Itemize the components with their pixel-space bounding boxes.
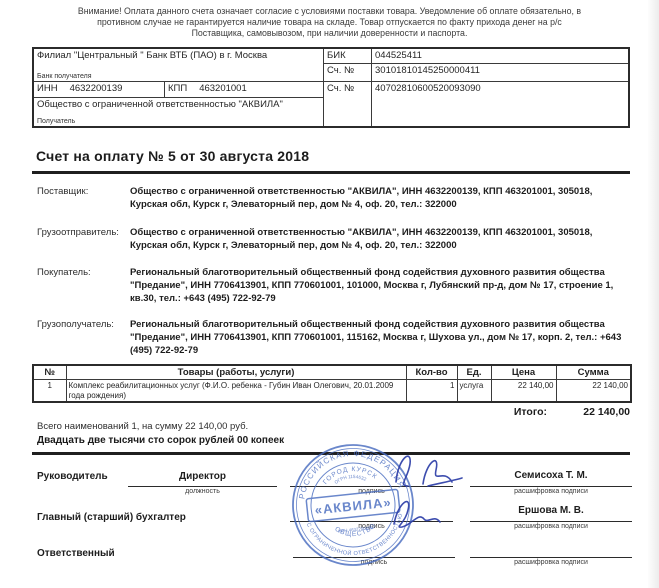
- name-caption-3: расшифровка подписи: [470, 559, 632, 566]
- director-signature-ink: [396, 456, 462, 486]
- corr-account-value-cell: 30101810145250000411: [372, 64, 628, 82]
- payment-notice: Внимание! Оплата данного счета означает …: [77, 6, 582, 39]
- bik-label: БИК: [324, 49, 371, 62]
- responsible-name-line: [470, 557, 632, 558]
- director-name: Семисоха Т. М.: [470, 470, 632, 481]
- consignor-label: Грузоотправитель:: [37, 226, 130, 252]
- account-label-cell: Сч. №: [324, 82, 372, 126]
- position-caption: должность: [128, 488, 277, 495]
- corr-account-value: 30101810145250000411: [372, 64, 628, 77]
- scan-edge-artifact: [648, 0, 659, 588]
- accountant-name: Ершова М. В.: [470, 505, 632, 516]
- supplier-value: Общество с ограниченной ответственностью…: [130, 185, 630, 211]
- buyer-label: Покупатель:: [37, 266, 130, 305]
- accountant-name-line: [470, 521, 632, 522]
- invoice-document: Внимание! Оплата данного счета означает …: [0, 0, 659, 588]
- invoice-title: Счет на оплату № 5 от 30 августа 2018: [36, 148, 309, 164]
- bik-label-cell: БИК: [324, 49, 372, 64]
- consignee-label: Грузополучатель:: [37, 318, 130, 357]
- signature-ink: [368, 440, 478, 535]
- items-header-row: № Товары (работы, услуги) Кол-во Ед. Цен…: [33, 365, 631, 380]
- consignor-row: Грузоотправитель: Общество с ограниченно…: [37, 226, 632, 252]
- recipient-cell: Общество с ограниченной ответственностью…: [34, 98, 324, 126]
- title-divider: [32, 171, 630, 174]
- bik-value-cell: 044525411: [372, 49, 628, 64]
- director-role: Руководитель: [37, 471, 108, 482]
- kpp-value: 463201001: [199, 83, 247, 94]
- bank-name-cell: Филиал "Центральный " Банк ВТБ (ПАО) в г…: [34, 49, 324, 82]
- supplier-row: Поставщик: Общество с ограниченной ответ…: [37, 185, 632, 211]
- items-count-line: Всего наименований 1, на сумму 22 140,00…: [37, 421, 248, 432]
- consignee-value: Региональный благотворительный обществен…: [130, 318, 630, 357]
- item-num: 1: [33, 380, 66, 403]
- supplier-label: Поставщик:: [37, 185, 130, 211]
- col-price: Цена: [491, 365, 556, 380]
- position-line: [128, 486, 277, 487]
- bik-value: 044525411: [372, 49, 628, 62]
- name-caption-1: расшифровка подписи: [470, 488, 632, 495]
- corr-account-label-cell: Сч. №: [324, 64, 372, 82]
- col-sum: Сумма: [556, 365, 631, 380]
- consignee-row: Грузополучатель: Региональный благотвори…: [37, 318, 632, 357]
- accountant-role: Главный (старший) бухгалтер: [37, 512, 186, 523]
- buyer-value: Региональный благотворительный обществен…: [130, 266, 630, 305]
- name-caption-2: расшифровка подписи: [470, 523, 632, 530]
- kpp-label: КПП: [168, 83, 187, 94]
- account-value-cell: 40702810600520093090: [372, 82, 628, 126]
- items-table: № Товары (работы, услуги) Кол-во Ед. Цен…: [32, 364, 632, 403]
- totals-row: Итого: 22 140,00: [332, 406, 630, 418]
- director-position: Директор: [128, 471, 277, 482]
- consignor-value: Общество с ограниченной ответственностью…: [130, 226, 630, 252]
- item-qty: 1: [406, 380, 457, 403]
- inn-label: ИНН: [37, 83, 58, 94]
- inn-value: 4632200139: [70, 83, 123, 94]
- item-price: 22 140,00: [491, 380, 556, 403]
- account-label: Сч. №: [324, 82, 371, 95]
- total-value: 22 140,00: [547, 406, 630, 418]
- director-name-line: [470, 486, 632, 487]
- corr-account-label: Сч. №: [324, 64, 371, 77]
- bank-name-caption: Банк получателя: [37, 73, 92, 80]
- col-unit: Ед.: [457, 365, 491, 380]
- item-amount: 22 140,00: [556, 380, 631, 403]
- bank-name: Филиал "Центральный " Банк ВТБ (ПАО) в г…: [34, 49, 323, 62]
- buyer-row: Покупатель: Региональный благотворительн…: [37, 266, 632, 305]
- amount-in-words: Двадцать две тысячи сто сорок рублей 00 …: [37, 435, 284, 446]
- kpp-cell: КПП 463201001: [165, 82, 324, 98]
- item-unit: услуга: [457, 380, 491, 403]
- responsible-role: Ответственный: [37, 548, 115, 559]
- account-value: 40702810600520093090: [372, 82, 628, 95]
- col-num: №: [33, 365, 66, 380]
- item-name: Комплекс реабилитационных услуг (Ф.И.О. …: [66, 380, 406, 403]
- inn-cell: ИНН 4632200139: [34, 82, 165, 98]
- bank-details-table: Филиал "Центральный " Банк ВТБ (ПАО) в г…: [32, 47, 630, 128]
- col-goods: Товары (работы, услуги): [66, 365, 406, 380]
- accountant-signature-ink: [394, 502, 440, 528]
- total-label: Итого:: [332, 406, 547, 418]
- col-qty: Кол-во: [406, 365, 457, 380]
- table-row: 1 Комплекс реабилитационных услуг (Ф.И.О…: [33, 380, 631, 403]
- recipient-caption: Получатель: [37, 118, 75, 125]
- recipient-name: Общество с ограниченной ответственностью…: [34, 98, 323, 111]
